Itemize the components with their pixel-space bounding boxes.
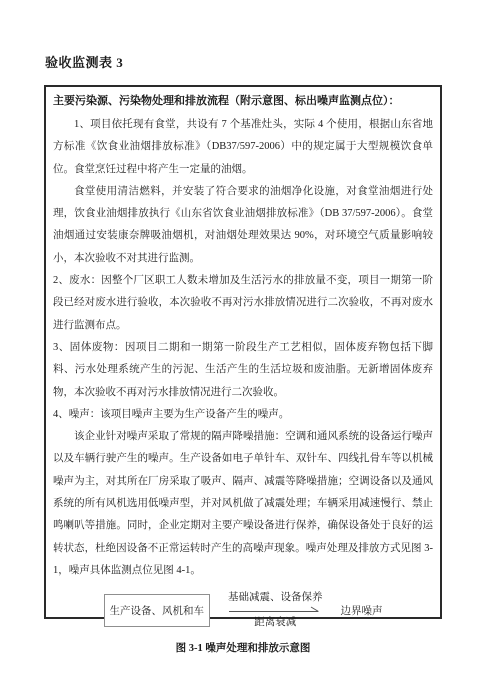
paragraph-solid-waste: 3、固体废物：因项目二期和一期第一阶段生产工艺相似，固体废弃物包括下脚料、污水处… <box>53 337 433 404</box>
right-arrow-icon <box>229 606 321 615</box>
document-page: 验收监测表 3 主要污染源、污染物处理和排放流程（附示意图、标出噪声监测点位）：… <box>0 0 485 685</box>
arrow-label-top: 基础减震、设备保养 <box>228 591 323 605</box>
boundary-noise-label: 边界噪声 <box>341 603 383 618</box>
table-header: 主要污染源、污染物处理和排放流程（附示意图、标出噪声监测点位）： <box>53 92 433 111</box>
flow-arrow-group: 基础减震、设备保养 距离衰减 <box>228 591 323 630</box>
paragraph-oil-fume-intro: 1、项目依托现有食堂，共设有 7 个基准灶头，实际 4 个使用，根据山东省地方标… <box>53 114 433 181</box>
paragraph-noise-intro: 4、噪声：该项目噪声主要为生产设备产生的噪声。 <box>53 404 433 426</box>
paragraph-noise-measures: 该企业针对噪声采取了常规的隔声降噪措施：空调和通风系统的设备运行噪声以及车辆行驶… <box>53 426 433 582</box>
page-title: 验收监测表 3 <box>45 52 123 71</box>
noise-source-box: 生产设备、风机和车 <box>104 594 211 627</box>
paragraph-wastewater: 2、废水：因整个厂区职工人数未增加及生活污水的排放量不变，项目一期第一阶段已经对… <box>53 270 433 337</box>
noise-flow-diagram: 生产设备、风机和车 基础减震、设备保养 距离衰减 边界噪声 <box>53 591 433 630</box>
arrow-label-bottom: 距离衰减 <box>254 616 296 630</box>
paragraph-oil-fume-treatment: 食堂使用清洁燃料，并安装了符合要求的油烟净化设施，对食堂油烟进行处理，饮食业油烟… <box>53 181 433 270</box>
monitoring-table: 主要污染源、污染物处理和排放流程（附示意图、标出噪声监测点位）： 1、项目依托现… <box>44 85 442 619</box>
figure-caption: 图 3-1 噪声处理和排放示意图 <box>53 640 433 655</box>
